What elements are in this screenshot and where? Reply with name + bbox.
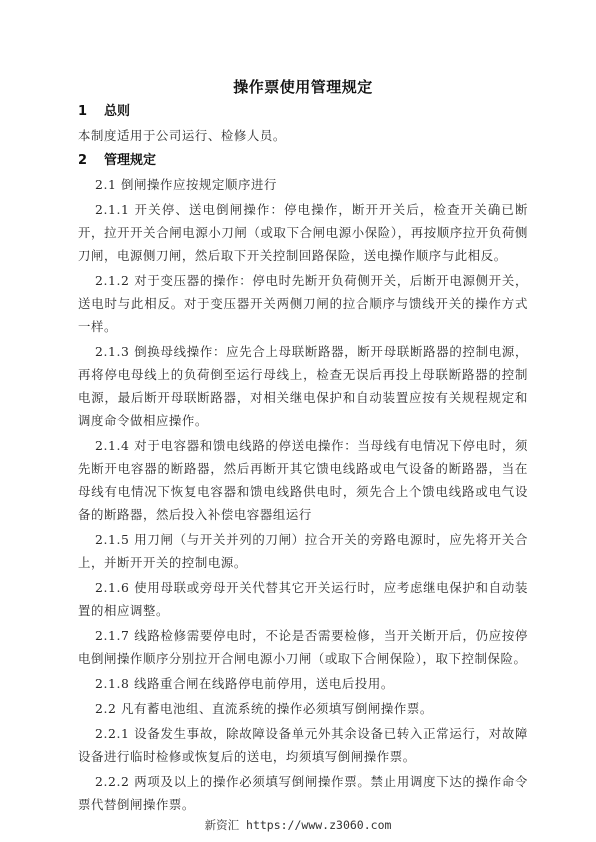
document-page: 操作票使用管理规定 1总则 本制度适用于公司运行、检修人员。 2管理规定 2.1… <box>78 76 528 818</box>
paragraph-2-1-1: 2.1.1 开关停、送电倒闸操作：停电操作，断开开关后，检查开关确已断开，拉开开… <box>78 198 528 267</box>
section-heading-general: 1总则 <box>78 100 528 123</box>
section-title: 总则 <box>104 104 130 119</box>
page-footer: 新资汇 https://www.z3060.com <box>0 817 596 833</box>
section-title: 管理规定 <box>104 153 156 168</box>
section-number: 2 <box>78 149 104 172</box>
document-title: 操作票使用管理规定 <box>78 76 528 98</box>
footer-url[interactable]: https://www.z3060.com <box>246 818 391 832</box>
section-heading-management-rules: 2管理规定 <box>78 149 528 172</box>
paragraph-2-2-1: 2.2.1 设备发生事故，除故障设备单元外其余设备已转入正常运行，对故障设备进行… <box>78 722 528 768</box>
paragraph-2-1-7: 2.1.7 线路检修需要停电时，不论是否需要检修，当开关断开后，仍应按停电倒闸操… <box>78 624 528 670</box>
section-number: 1 <box>78 100 104 123</box>
paragraph-2-2-2: 2.2.2 两项及以上的操作必须填写倒闸操作票。禁止用调度下达的操作命令票代替倒… <box>78 770 528 816</box>
paragraph-scope: 本制度适用于公司运行、检修人员。 <box>78 124 528 147</box>
paragraph-2-1-8: 2.1.8 线路重合闸在线路停电前停用，送电后投用。 <box>78 672 528 695</box>
footer-brand: 新资汇 <box>205 818 240 832</box>
paragraph-2-1-3: 2.1.3 倒换母线操作：应先合上母联断路器，断开母联断路器的控制电源，再将停电… <box>78 340 528 432</box>
paragraph-2-2: 2.2 凡有蓄电池组、直流系统的操作必须填写倒闸操作票。 <box>78 697 528 720</box>
paragraph-2-1: 2.1 倒闸操作应按规定顺序进行 <box>78 173 528 196</box>
paragraph-2-1-5: 2.1.5 用刀闸（与开关并列的刀闸）拉合开关的旁路电源时，应先将开关合上，并断… <box>78 528 528 574</box>
paragraph-2-1-2: 2.1.2 对于变压器的操作：停电时先断开负荷侧开关，后断开电源侧开关，送电时与… <box>78 269 528 338</box>
paragraph-2-1-6: 2.1.6 使用母联或旁母开关代替其它开关运行时，应考虑继电保护和自动装置的相应… <box>78 576 528 622</box>
paragraph-2-1-4: 2.1.4 对于电容器和馈电线路的停送电操作：当母线有电情况下停电时，须先断开电… <box>78 434 528 526</box>
